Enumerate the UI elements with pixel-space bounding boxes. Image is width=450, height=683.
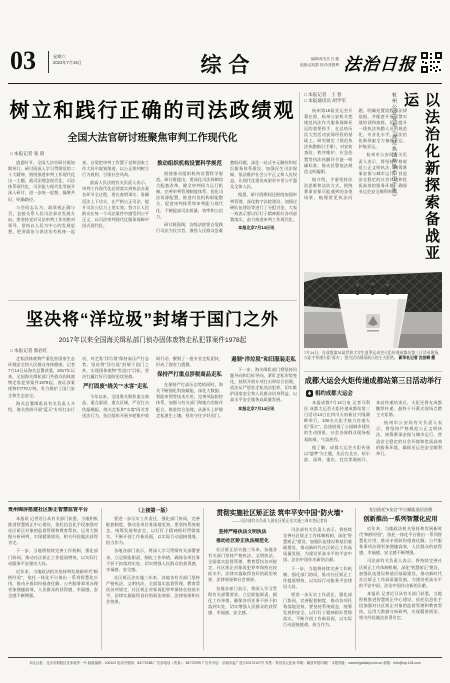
- smart-apps-body: 近年来，当地政法机关坚持和发展新时代“枫桥经验”，依托一体化平台推出一系列智慧化…: [359, 526, 442, 621]
- paragraph: 司法部有关负责人表示，将持续完善社区矫正工作体制机制，深化“智慧矫正”建设，加强…: [359, 558, 442, 588]
- column-rule: [101, 508, 102, 650]
- paragraph: 下一步，海关缉私部门将坚持问题导向和目标导向，紧盯走私形势变化，持续开展专项打击…: [230, 367, 297, 404]
- photo-caption: 7月14日，在成都第31届世界大学生夏季运动会火炬传递成都站第三日活动现场，火炬…: [304, 351, 442, 362]
- correction-kicker: ——司法部有关负责人就社区矫正法实施三周年答记者问: [208, 519, 352, 524]
- paragraph: 据悉，研讨班期间还围绕加强审判管理、深化数字法院建设、加强过硬队伍建设等进行了分…: [230, 192, 297, 222]
- band-divider: [8, 501, 442, 502]
- smuggling-headline: 坚决将“洋垃圾”封堵于国门之外: [8, 305, 297, 330]
- qr-code-icon: [421, 52, 442, 73]
- article-smart-apps: 龙岩依托“e龙岩”平台赋能基层治理 创新推出一系列智慧化应用 近年来，当地政法机…: [359, 507, 442, 652]
- correction-columns: 坚持严格执法文明执法 推动社区矫正执法规范化 社区矫正法实施三年来，各地各有关部…: [208, 527, 352, 631]
- paragraph: 本报成都7月14日电 记者马利民 成都大运会火炬传递成都站第三日活动14日在四川…: [304, 400, 370, 443]
- universiade-badge: 相约成都大运会: [306, 389, 442, 397]
- article-asian-games: □ 本报记者 王 春 □ 本报通讯员 胡学军 杭州第19届亚运会开幕在即，杭州公…: [304, 92, 442, 270]
- article-lead: 树立和践行正确的司法政绩观 全国大法官研讨班聚焦审判工作现代化 □ 本报记者 张…: [8, 92, 297, 301]
- lead-byline: □ 本报记者 张 晨: [10, 151, 297, 157]
- paragraph: 本报讯 记者近日从有关部门获悉，当地积极推进智慧矫正中心建设，依托信息化手段加强…: [359, 591, 442, 621]
- asian-games-headline: 以法治化新探索备战亚运: [400, 92, 442, 268]
- divider: [304, 371, 442, 372]
- correction-col-left: 坚持严格执法文明执法 推动社区矫正执法规范化 社区矫正法实施三年来，各地各有关部…: [208, 527, 277, 631]
- paragraph: 司法部有关负责人表示，将持续完善社区矫正工作体制机制，深化“智慧矫正”建设，加强…: [283, 527, 352, 564]
- smuggling-subheadline: 2017年以来全国海关缉私部门侦办固体废物走私犯罪案件1978起: [8, 334, 297, 344]
- correction-crosshead-1: 坚持严格执法文明执法: [208, 529, 277, 536]
- page-number: 03: [10, 48, 36, 74]
- universiade-body: 本报成都7月14日电 记者马利民 成都大运会火炬传递成都站第三日活动14日在四川…: [304, 400, 442, 495]
- article-universiade: 成都大运会火炬传递成都站第三日活动举行 相约成都大运会 本报成都7月14日电 记…: [304, 375, 442, 495]
- article-continued: （上接第一版） 要进一步压实工作责任，强化部门协同，完善配套制度，推动各项任务落…: [106, 507, 200, 652]
- smuggling-byline: □ 本报记者 蔡岩红: [10, 348, 297, 354]
- lead-dateline: 本报北京7月14日讯: [230, 225, 297, 231]
- brief-headline: 贵州锦屏搭建社区矫正智慧监管平台: [8, 507, 98, 514]
- imprint-footer: 本社社址：北京市朝阳区花家地甲一号 邮政编码：100102 电话中继线：8477…: [8, 657, 442, 666]
- asian-games-vertical-head: 以法治化新探索备战亚运 杭州公安发布《规范执法执勤指引手册》: [409, 92, 442, 268]
- paragraph: 下一步，当地将持续完善工作机制，强化部门协同，推动社区矫正工作提质增效，以实际行…: [283, 566, 352, 590]
- lead-subheadline: 全国大法官研讨班聚焦审判工作现代化: [8, 129, 297, 144]
- paragraph: 要进一步压实工作责任，强化部门协同，完善配套制度，推动各项任务落地见效。要坚持系…: [106, 516, 200, 546]
- news-photo: [304, 272, 442, 348]
- smuggling-crosshead-3: 遏制“洋垃圾”和旧服装走私: [230, 356, 297, 364]
- lead-body: 盛夏时节，全国大法官研讨班如期举行。研讨班深入学习贯彻党的二十大精神，围绕推进审…: [8, 160, 297, 301]
- date: 2023年7月15日: [53, 60, 82, 66]
- continued-body: 要进一步压实工作责任，强化部门协同，完善配套制度，推动各项任务落地见效。要坚持系…: [106, 516, 200, 605]
- article-brief: 贵州锦屏搭建社区矫正智慧监管平台 本报讯 记者近日从有关部门获悉，当地积极推进智…: [8, 507, 98, 652]
- brief-body: 本报讯 记者近日从有关部门获悉，当地积极推进智慧矫正中心建设，依托信息化手段加强…: [8, 516, 98, 599]
- asian-games-kicker: 杭州公安发布《规范执法执勤指引手册》: [391, 92, 398, 262]
- smuggling-crosshead-1: 严打固废“绕关”“水客”走私: [82, 383, 149, 391]
- lead-headline: 树立和践行正确的司法政绩观: [8, 94, 297, 123]
- smart-apps-kicker: 龙岩依托“e龙岩”平台赋能基层治理: [359, 507, 442, 513]
- paragraph: 围绕推动组织机构设置科学规范，研讨班提出，要深化司法体制综合配套改革，健全审判权…: [156, 171, 223, 220]
- smart-apps-headline: 创新推出一系列智慧化应用: [359, 514, 442, 523]
- lead-crosshead: 推动组织机构设置科学规范: [156, 160, 223, 168]
- paragraph: 社区矫正法实施三年来，各地各有关部门坚持严格执法、文明执法，全面落实监督管理、教…: [208, 547, 277, 584]
- column-rule: [203, 508, 204, 650]
- continued-marker: （上接第一版）: [106, 507, 200, 514]
- smuggling-dateline: 本报北京7月14日讯: [230, 406, 297, 412]
- paragraph: 各地各部门表示，将深入学习贯彻有关部署要求，立足职能职责，细化工作举措，确保各项…: [106, 548, 200, 572]
- paragraph: 下一步，当地将持续完善工作机制，强化部门协同，推动社区矫正工作提质增效，以实际行…: [8, 548, 98, 566]
- masthead: 法治日报: [343, 50, 417, 75]
- universiade-badge-label: 相约成都大运会: [315, 389, 353, 397]
- universiade-headline: 成都大运会火炬传递成都站第三日活动举行: [304, 376, 442, 386]
- section-title: 综合: [194, 49, 257, 79]
- paragraph: 各地各部门表示，将深入学习贯彻有关部署要求，立足职能职责，细化工作举措，确保各项…: [208, 586, 277, 616]
- article-smuggling: 坚决将“洋垃圾”封堵于国门之外 2017年以来全国海关缉私部门侦办固体废物走私犯…: [8, 303, 297, 502]
- paragraph: 要进一步压实工作责任，强化部门协同，完善配套制度，推动各项任务落地见效。要坚持系…: [283, 592, 352, 629]
- newspaper-page: 03 星期六 2023年7月15日 综合 编辑/蒋安杰 白 婕 组版/孟绍群 校…: [0, 0, 450, 683]
- smuggling-crosshead-2: 保持严打重点涉税商品走私: [156, 371, 223, 379]
- paragraph: 本报讯 记者近日从有关部门获悉，当地积极推进智慧矫正中心建设，依托信息化手段加强…: [8, 516, 98, 546]
- paragraph: 在保持严打高压态势的同时，海关不断强化科技赋能，深化大数据、智能审图等技术应用，…: [156, 382, 223, 419]
- paragraph: 社区矫正法实施三年来，各地各有关部门坚持严格执法、文明执法，全面落实监督管理、教…: [106, 575, 200, 605]
- paragraph: 走私固体废物严重危害国家生态环境安全和人民群众身体健康。记者7月14日从海关总署…: [8, 356, 75, 399]
- article-community-correction: 贯彻实施社区矫正法 筑牢平安中国“防火墙” ——司法部有关负责人就社区矫正法实施…: [208, 507, 352, 652]
- smuggling-body: 走私固体废物严重危害国家生态环境安全和人民群众身体健康。记者7月14日从海关总署…: [8, 356, 297, 502]
- paragraph: 近年来，当地政法机关坚持和发展新时代“枫桥经验”，依托一体化平台推出一系列智慧化…: [359, 526, 442, 556]
- editor-credits: 编辑/蒋安杰 白 婕 组版/孟绍群 校对/张胜利: [300, 57, 339, 68]
- paragraph: 盛夏时节，全国大法官研讨班如期举行。研讨班深入学习贯彻党的二十大精神，围绕推进审…: [8, 160, 75, 203]
- paragraph: 近年来，当地政法机关坚持和发展新时代“枫桥经验”，依托一体化平台推出一系列智慧化…: [8, 569, 98, 599]
- correction-headline: 贯彻实施社区矫正法 筑牢平安中国“防火墙”: [208, 507, 352, 517]
- correction-crosshead-2: 推动社区矫正执法规范化: [208, 538, 277, 545]
- paragraph: 杭州第19届亚运会开幕在即，杭州公安机关把规范执法作为服务保障亚运的重要抓手，在…: [304, 108, 353, 175]
- page-header: 03 星期六 2023年7月15日 综合 编辑/蒋安杰 白 婕 组版/孟绍群 校…: [8, 46, 442, 84]
- header-divider: [48, 51, 49, 73]
- correction-col-right: 司法部有关负责人表示，将持续完善社区矫正工作体制机制，深化“智慧矫正”建设，加强…: [283, 527, 352, 631]
- paragraph: 最高人民法院有关负责人表示，审判工作现代化必须落实到执法办案各环节全过程，要在查…: [82, 180, 149, 229]
- column-rule: [299, 92, 300, 500]
- divider: [8, 300, 297, 301]
- date-block: 星期六 2023年7月15日: [53, 54, 82, 66]
- universiade-flame-icon: [306, 390, 313, 397]
- column-rule: [355, 508, 356, 650]
- photo-credit: 新华社记者 沈伯韩 摄: [399, 356, 435, 360]
- header-right: 编辑/蒋安杰 白 婕 组版/孟绍群 校对/张胜利 法治日报: [300, 50, 442, 75]
- paragraph: 杭州市公安局有关负责人表示，将坚持严格规范公正文明执法，统筹赛事安保与城市运行，…: [376, 420, 442, 457]
